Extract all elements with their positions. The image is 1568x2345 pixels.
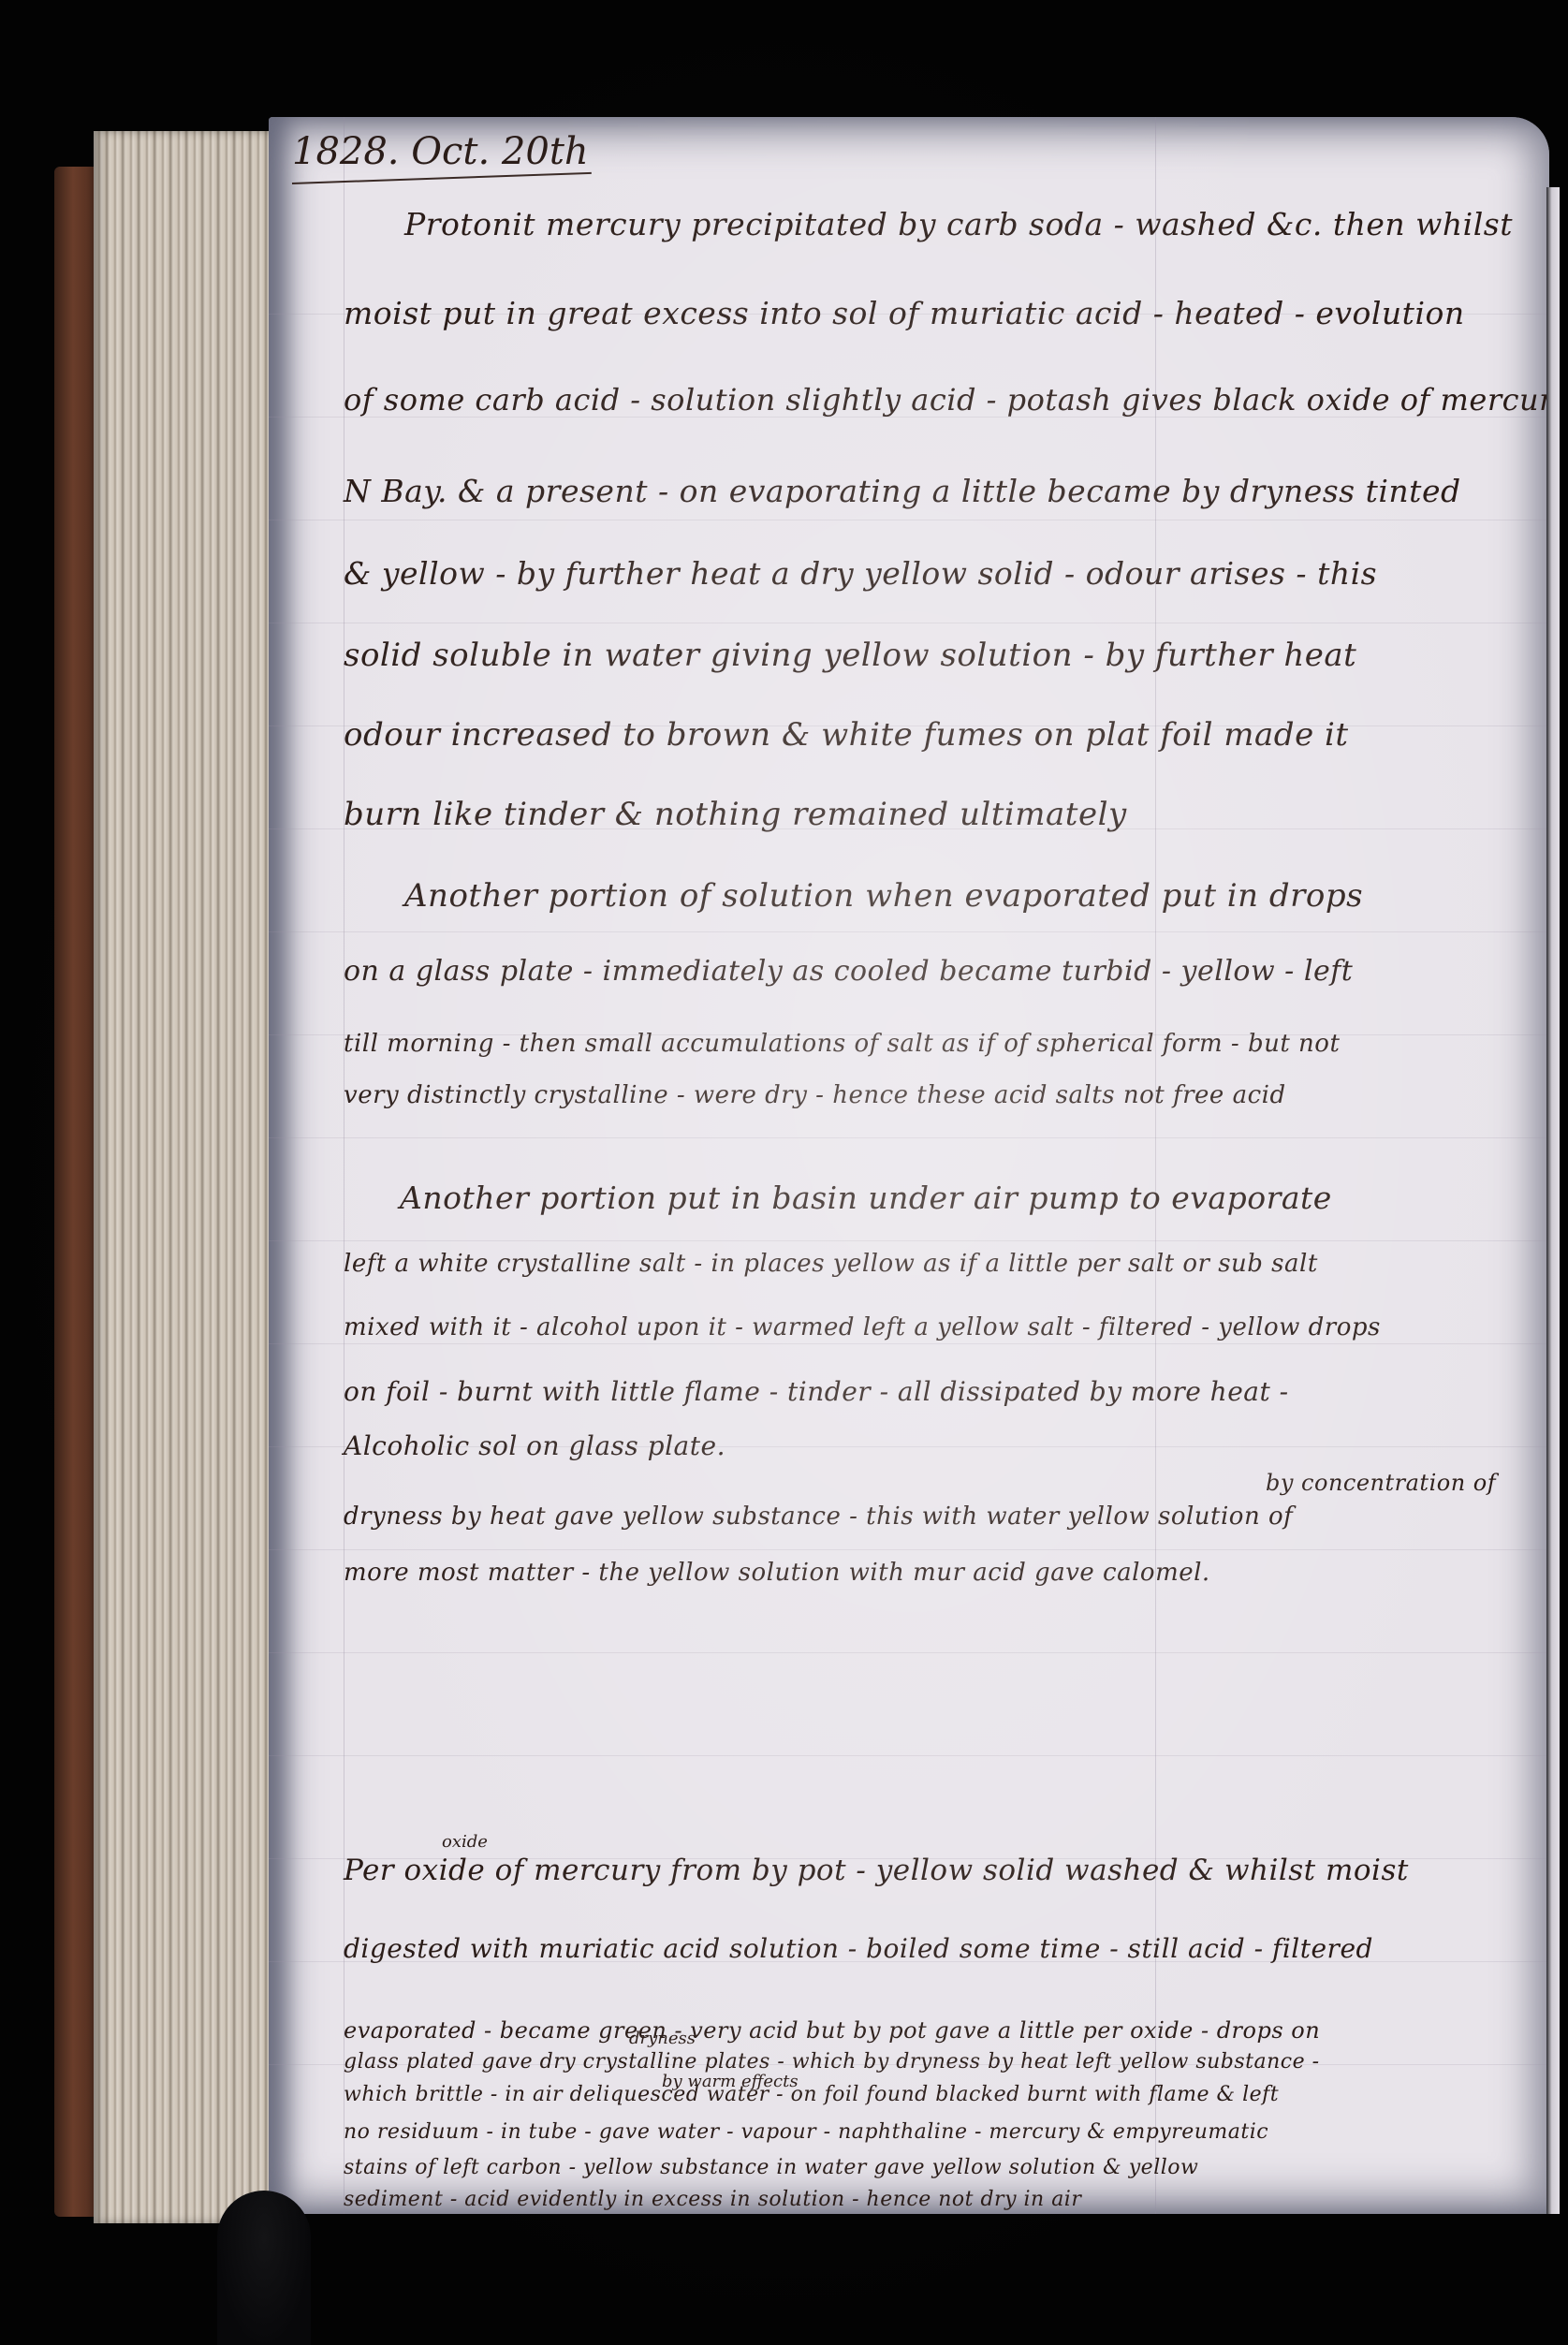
- date-underline: [292, 172, 592, 184]
- ruled-line: [269, 931, 1549, 932]
- margin-rule-left: [344, 117, 344, 2214]
- ruled-line: [269, 1549, 1549, 1550]
- page-block-edges: [94, 131, 276, 2223]
- text-line-right: by concentration of: [1266, 1470, 1496, 1496]
- text-line: N Bay. & a present - on evaporating a li…: [344, 473, 1461, 509]
- text-line: more most matter - the yellow solution w…: [344, 1559, 1210, 1587]
- text-line: evaporated - became green - very acid bu…: [344, 2017, 1320, 2044]
- text-line: Another portion of solution when evapora…: [404, 877, 1363, 915]
- text-line: sediment - acid evidently in excess in s…: [344, 2188, 1081, 2211]
- ruled-line: [269, 520, 1549, 520]
- text-line: of some carb acid - solution slightly ac…: [344, 382, 1549, 418]
- text-line: Per oxide of mercury from by pot - yello…: [344, 1854, 1409, 1887]
- insertion-above: oxide: [442, 1832, 488, 1852]
- text-line: glass plated gave dry crystalline plates…: [344, 2050, 1320, 2074]
- text-line: solid soluble in water giving yellow sol…: [344, 637, 1356, 674]
- insertion-above: dryness: [629, 2029, 696, 2048]
- ruled-line: [269, 623, 1549, 623]
- ruled-line: [269, 1343, 1549, 1344]
- text-line: which brittle - in air deliquesced water…: [344, 2083, 1279, 2106]
- text-line: Alcoholic sol on glass plate.: [344, 1430, 725, 1461]
- text-line: on a glass plate - immediately as cooled…: [344, 955, 1353, 988]
- ruled-line: [269, 1755, 1549, 1756]
- text-line: dryness by heat gave yellow substance - …: [344, 1502, 1293, 1531]
- text-line: digested with muriatic acid solution - b…: [344, 1933, 1373, 1964]
- text-line: very distinctly crystalline - were dry -…: [344, 1081, 1286, 1109]
- ruled-line: [269, 1652, 1549, 1653]
- entry-date: 1828. Oct. 20th: [292, 130, 589, 173]
- text-line: moist put in great excess into sol of mu…: [344, 295, 1465, 331]
- center-fold-rule: [1155, 117, 1156, 2214]
- notebook-page: 1828. Oct. 20th Protonit mercury precipi…: [269, 117, 1549, 2214]
- text-line: & yellow - by further heat a dry yellow …: [344, 555, 1377, 592]
- holding-thumb-shadow: [217, 2191, 311, 2345]
- text-line: mixed with it - alcohol upon it - warmed…: [344, 1313, 1381, 1341]
- text-line: till morning - then small accumulations …: [344, 1030, 1340, 1058]
- text-line: odour increased to brown & white fumes o…: [344, 716, 1349, 754]
- text-line: on foil - burnt with little flame - tind…: [344, 1376, 1289, 1407]
- text-line: left a white crystalline salt - in place…: [344, 1250, 1318, 1278]
- ruled-line: [269, 1137, 1549, 1138]
- text-line: burn like tinder & nothing remained ulti…: [344, 796, 1127, 833]
- text-line: Another portion put in basin under air p…: [400, 1180, 1332, 1216]
- text-line: Protonit mercury precipitated by carb so…: [404, 206, 1513, 242]
- text-line: stains of left carbon - yellow substance…: [344, 2156, 1198, 2179]
- page-right-edge: [1546, 187, 1560, 2214]
- text-line: no residuum - in tube - gave water - vap…: [344, 2120, 1268, 2144]
- ruled-line: [269, 1240, 1549, 1241]
